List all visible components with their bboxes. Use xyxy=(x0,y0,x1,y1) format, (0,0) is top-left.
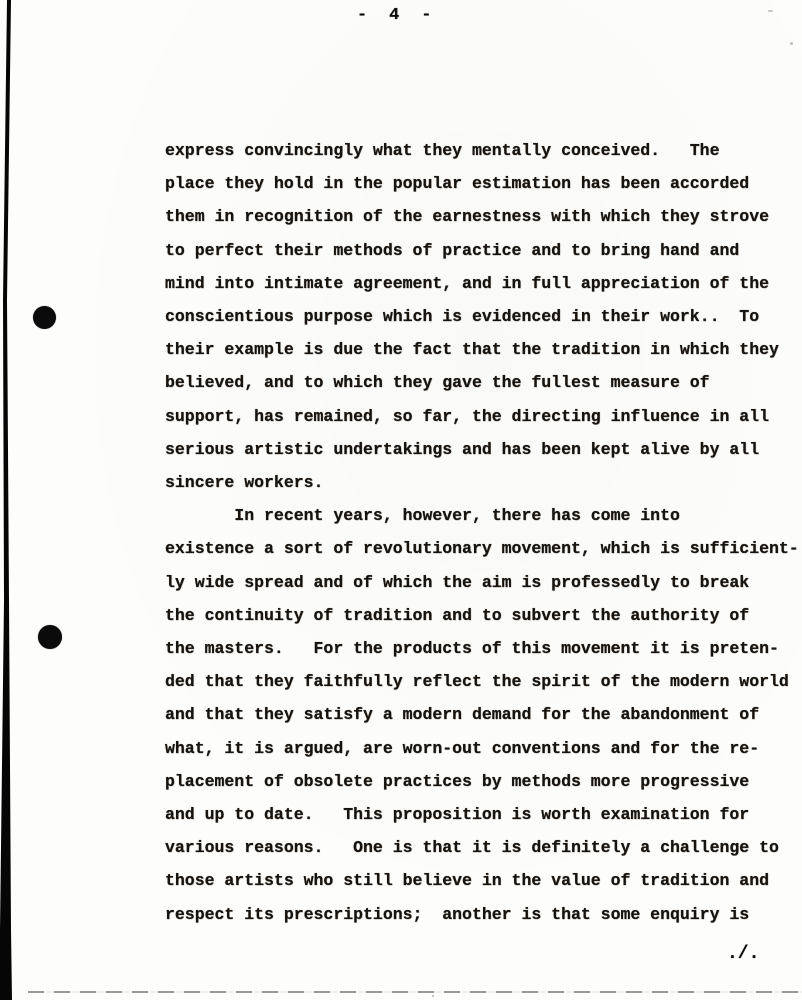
typewritten-line: those artists who still believe in the v… xyxy=(165,864,802,897)
typewritten-line: them in recognition of the earnestness w… xyxy=(165,200,802,233)
typewritten-line: believed, and to which they gave the ful… xyxy=(165,366,802,399)
scan-speck xyxy=(768,10,773,12)
typewritten-line: what, it is argued, are worn-out convent… xyxy=(165,732,802,765)
typewritten-line: conscientious purpose which is evidenced… xyxy=(165,300,802,333)
typewritten-line: respect its prescriptions; another is th… xyxy=(165,898,802,931)
punch-hole-dot xyxy=(38,625,62,649)
scan-speck xyxy=(432,995,434,997)
scanned-document-page: - 4 - express convincingly what they men… xyxy=(0,0,802,1000)
typewritten-line: ly wide spread and of which the aim is p… xyxy=(165,566,802,599)
typewritten-line: to perfect their methods of practice and… xyxy=(165,234,802,267)
scan-spine-edge xyxy=(0,0,14,1000)
typewritten-line: and up to date. This proposition is wort… xyxy=(165,798,802,831)
typewritten-line: existence a sort of revolutionary moveme… xyxy=(165,532,802,565)
typewritten-line: sincere workers. xyxy=(165,466,802,499)
continuation-mark: ./. xyxy=(727,944,759,964)
typewritten-line: mind into intimate agreement, and in ful… xyxy=(165,267,802,300)
scan-speck xyxy=(790,42,793,45)
typewritten-line: placement of obsolete practices by metho… xyxy=(165,765,802,798)
typewritten-line: the masters. For the products of this mo… xyxy=(165,632,802,665)
typewritten-text-block: express convincingly what they mentally … xyxy=(165,134,802,931)
typewritten-line: their example is due the fact that the t… xyxy=(165,333,802,366)
typewritten-line: support, has remained, so far, the direc… xyxy=(165,400,802,433)
typewritten-line: express convincingly what they mentally … xyxy=(165,134,802,167)
typewritten-line: ded that they faithfully reflect the spi… xyxy=(165,665,802,698)
typewritten-line: various reasons. One is that it is defin… xyxy=(165,831,802,864)
typewritten-line: serious artistic undertakings and has be… xyxy=(165,433,802,466)
scan-bottom-edge-line xyxy=(28,991,802,993)
typewritten-line: the continuity of tradition and to subve… xyxy=(165,599,802,632)
typewritten-line: place they hold in the popular estimatio… xyxy=(165,167,802,200)
punch-hole-dot xyxy=(33,306,56,329)
page-number: - 4 - xyxy=(357,6,432,25)
typewritten-line: and that they satisfy a modern demand fo… xyxy=(165,698,802,731)
typewritten-line paragraph-start: In recent years, however, there has come… xyxy=(165,499,802,532)
